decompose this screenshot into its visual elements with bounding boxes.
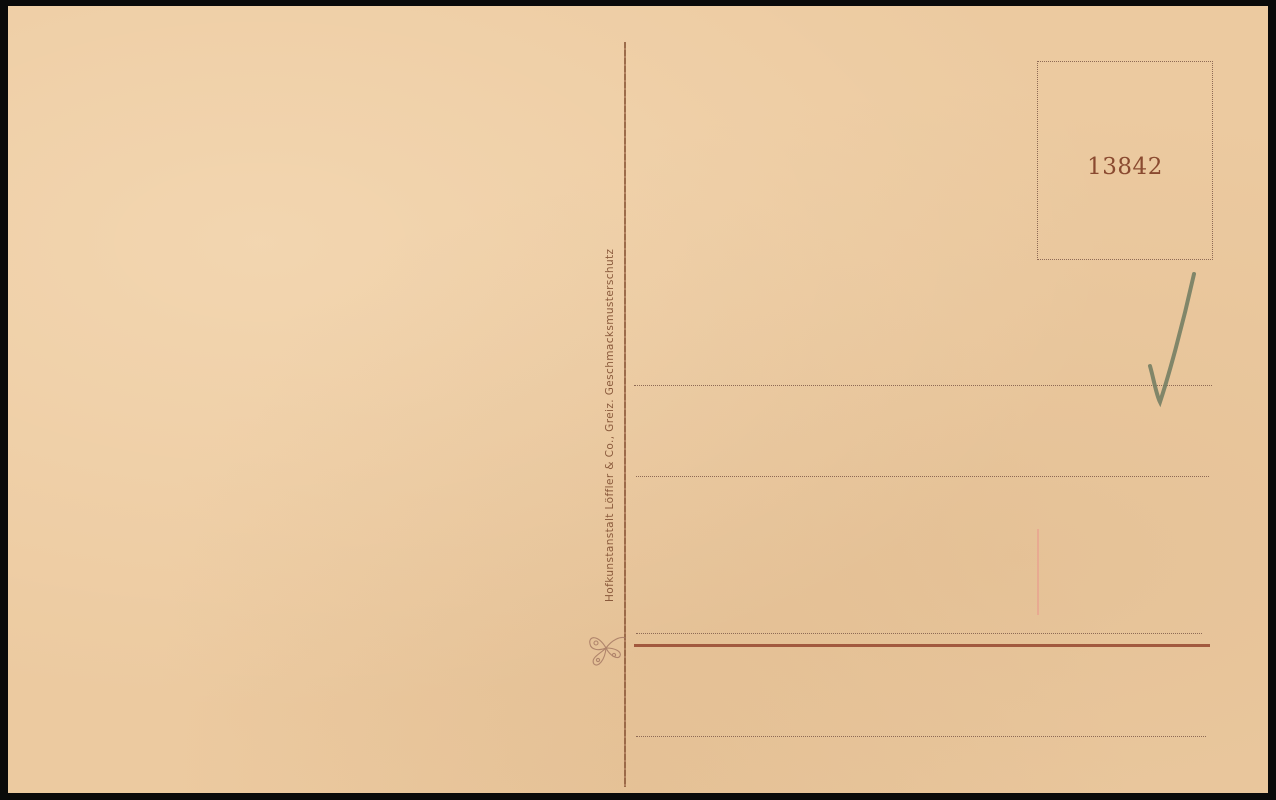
postcard-back: Hofkunstanstalt Löffler & Co., Greiz. Ge… (8, 6, 1268, 793)
publisher-imprint: Hofkunstanstalt Löffler & Co., Greiz. Ge… (604, 249, 616, 602)
address-line-5 (636, 736, 1206, 737)
handwritten-checkmark-icon (1144, 268, 1204, 410)
address-line-4-underline (634, 644, 1210, 647)
butterfly-logo-icon (584, 626, 628, 670)
center-divider-line (624, 42, 626, 787)
stamp-placement-box: 13842 (1037, 61, 1213, 260)
pink-pencil-mark (1037, 529, 1039, 615)
address-line-1 (634, 385, 1212, 386)
address-line-2 (636, 476, 1209, 477)
card-number: 13842 (1038, 154, 1212, 180)
address-line-3 (636, 633, 1202, 634)
